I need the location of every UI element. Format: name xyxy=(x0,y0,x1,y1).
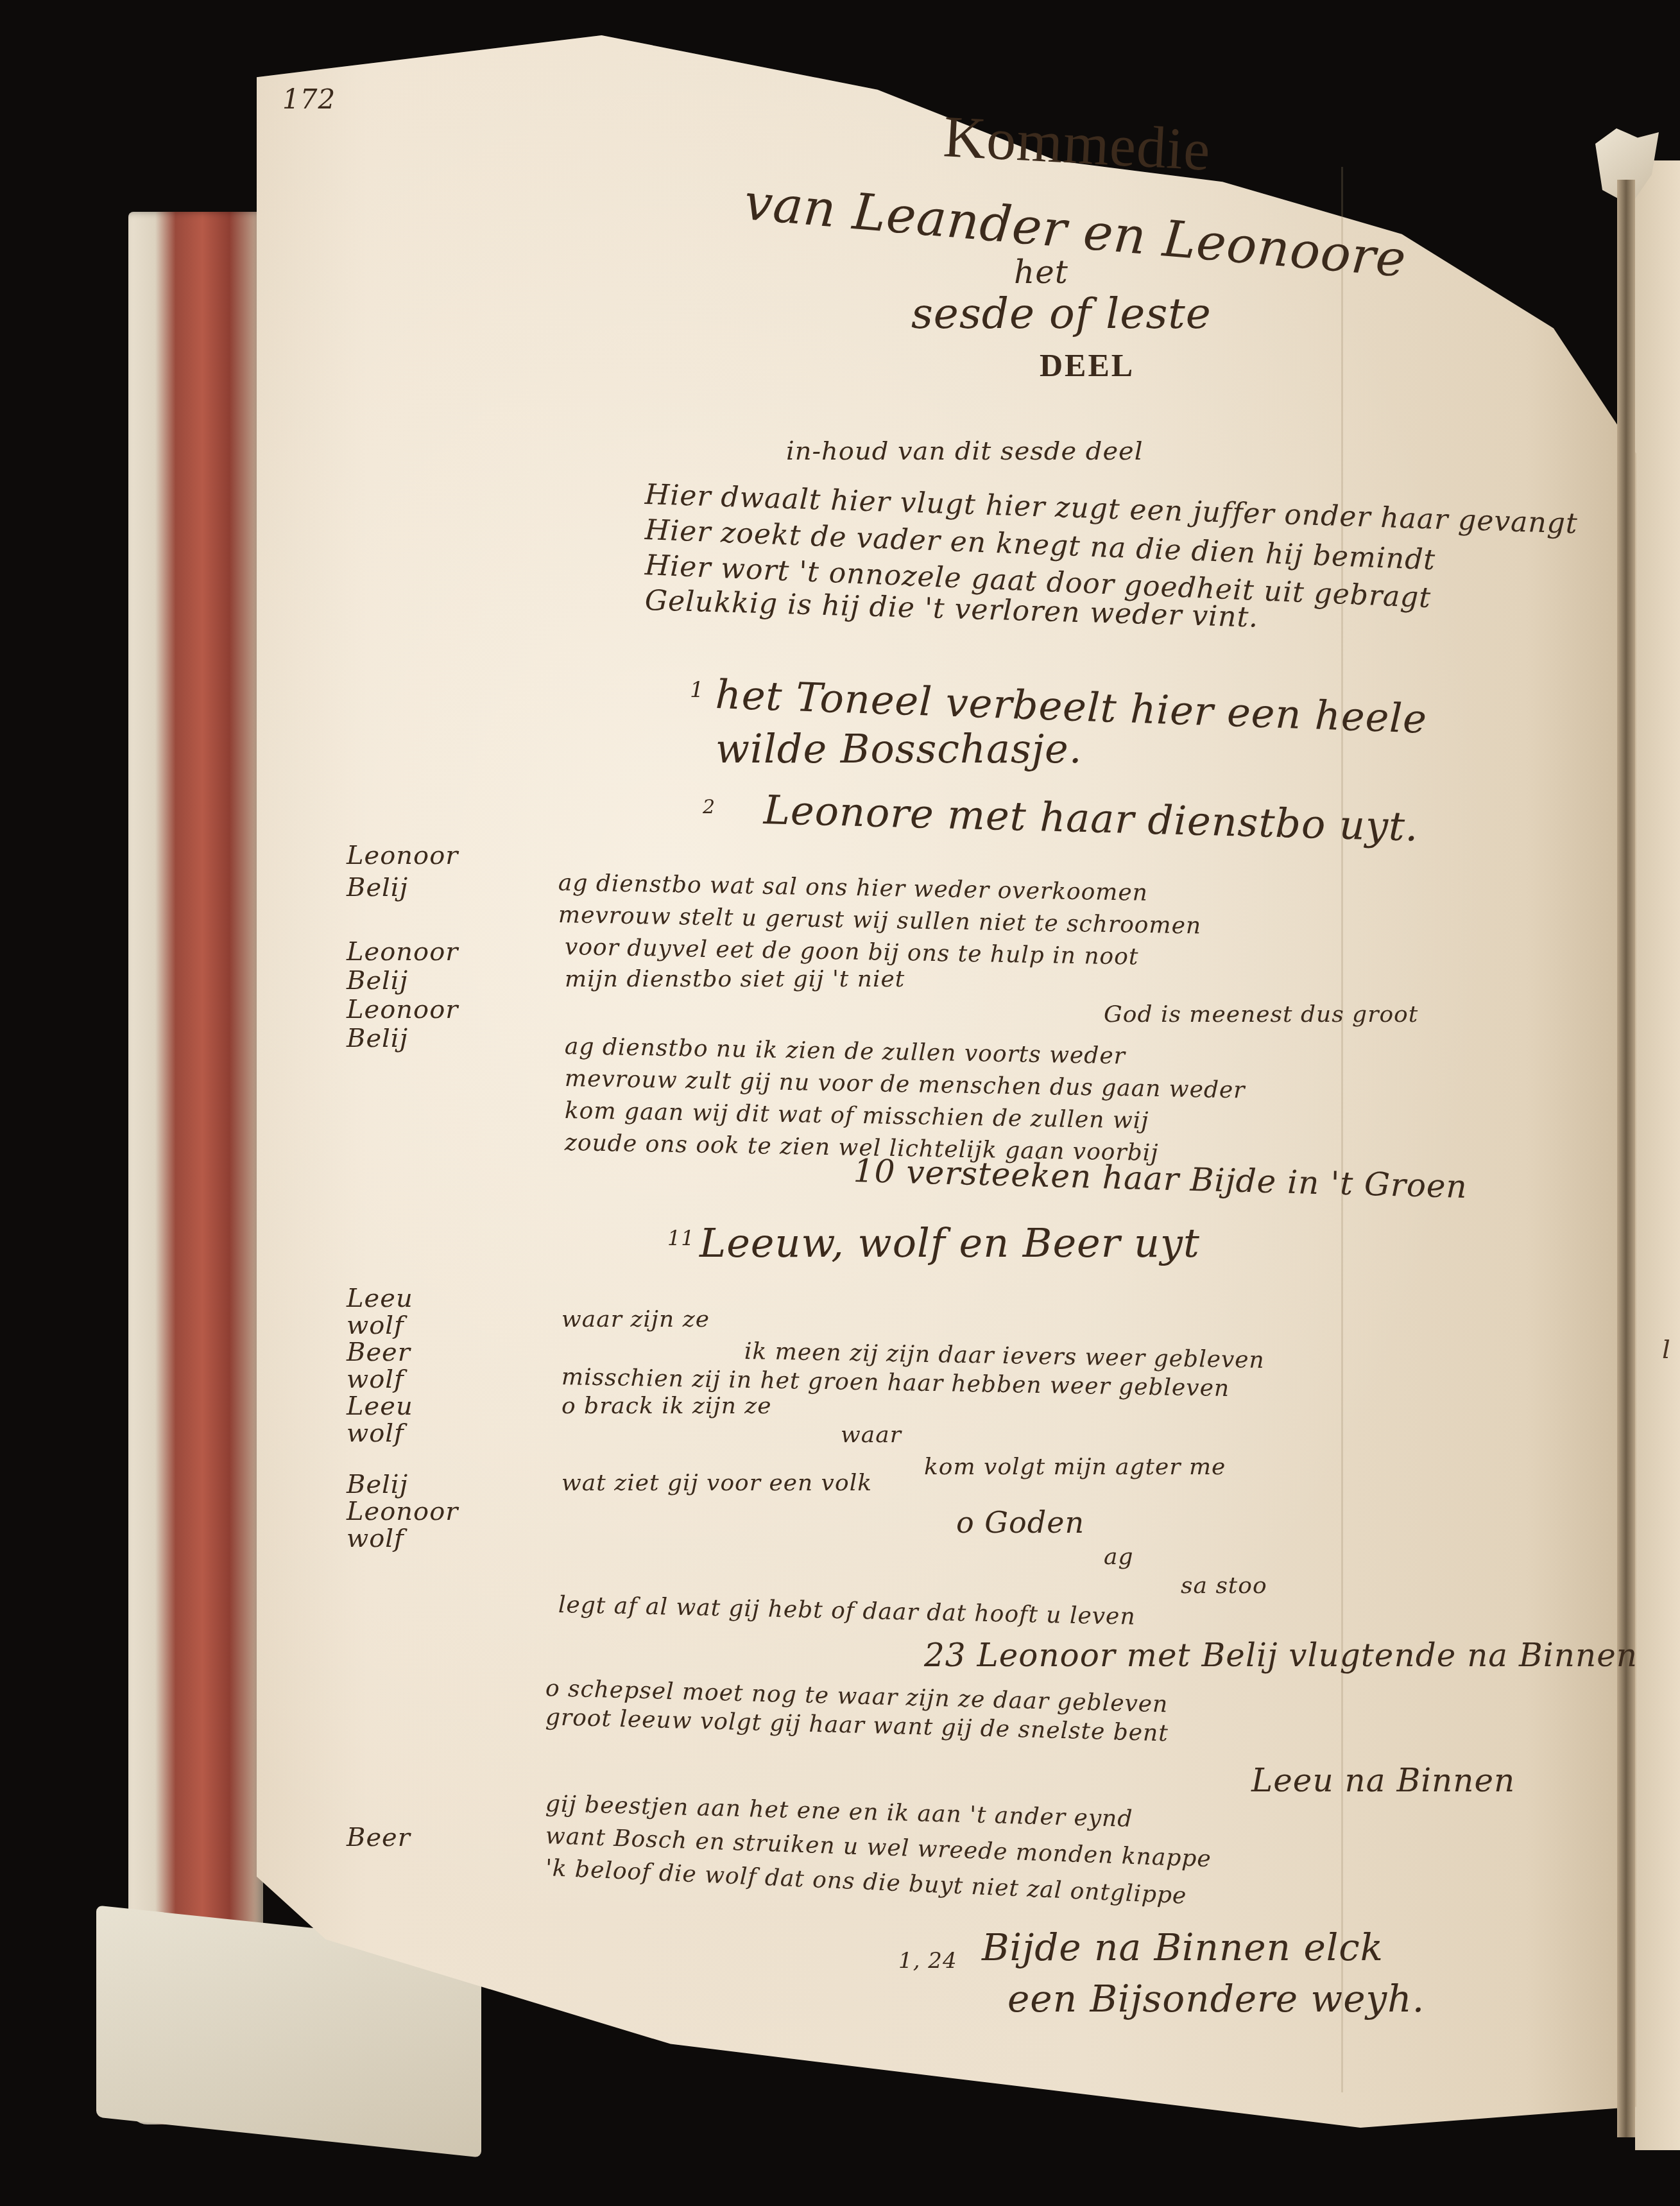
title-deel: DEEL xyxy=(1040,347,1135,384)
stage-direction: een Bijsondere weyh. xyxy=(1007,1977,1425,2021)
dialogue-line: ag xyxy=(1104,1544,1134,1570)
speaker-label: Leeu xyxy=(347,1284,413,1313)
dialogue-line: waar xyxy=(841,1422,902,1448)
speaker-label: Belij xyxy=(347,1024,408,1053)
contents-heading: in-houd van dit sesde deel xyxy=(786,436,1144,466)
speaker-label: Leonoor xyxy=(347,937,458,967)
title-kommedie: Kommedie xyxy=(942,102,1213,184)
title-part-ordinal: sesde of leste xyxy=(911,289,1212,338)
stage-direction: Bijde na Binnen elck xyxy=(982,1926,1384,1969)
dialogue-line: kom volgt mijn agter me xyxy=(924,1454,1226,1480)
scene-marker: 11 xyxy=(667,1226,695,1250)
book-page-edges xyxy=(128,212,263,2124)
speaker-label: Belij xyxy=(347,966,408,995)
speaker-label: Leeu xyxy=(347,1392,413,1421)
speaker-label: Belij xyxy=(347,873,408,902)
dialogue-line: waar zijn ze xyxy=(561,1306,710,1332)
dialogue-line: wat ziet gij voor een volk xyxy=(561,1470,872,1496)
speaker-label: Beer xyxy=(347,1823,411,1852)
dialogue-line: God is meenest dus groot xyxy=(1104,1001,1418,1028)
stage-direction: 23 Leonoor met Belij vlugtende na Binnen xyxy=(924,1637,1638,1674)
book-gutter xyxy=(1617,180,1635,2137)
speaker-label: wolf xyxy=(347,1365,404,1394)
speaker-label: Leonoor xyxy=(347,1497,458,1526)
stage-direction: Leeu na Binnen xyxy=(1251,1762,1515,1799)
folio-number: 172 xyxy=(282,83,336,115)
dialogue-line: o Goden xyxy=(956,1505,1084,1540)
stage-direction-marker: 1, 24 xyxy=(898,1948,957,1974)
scene-marker: 2 xyxy=(703,796,716,818)
speaker-label: Leonoor xyxy=(347,995,458,1024)
speaker-label: wolf xyxy=(347,1524,404,1553)
speaker-label: wolf xyxy=(347,1418,404,1448)
scene-marker: 1 xyxy=(690,677,705,703)
dialogue-line: o brack ik zijn ze xyxy=(561,1393,772,1419)
speaker-label: Leonoor xyxy=(347,841,458,870)
speaker-label: wolf xyxy=(347,1311,404,1340)
scene-heading: wilde Bosschasje. xyxy=(716,725,1082,772)
scene-heading: Leeuw, wolf en Beer uyt xyxy=(699,1219,1200,1266)
page-fold-crease xyxy=(1341,167,1343,2092)
dialogue-line: mijn dienstbo siet gij 't niet xyxy=(565,966,905,992)
speaker-label: Belij xyxy=(347,1470,408,1499)
facing-page xyxy=(1635,160,1680,2150)
speaker-label: Beer xyxy=(347,1338,411,1367)
title-het: het xyxy=(1014,254,1068,291)
facing-page-margin-glyph: l xyxy=(1662,1335,1670,1365)
dialogue-line: sa stoo xyxy=(1181,1573,1267,1599)
